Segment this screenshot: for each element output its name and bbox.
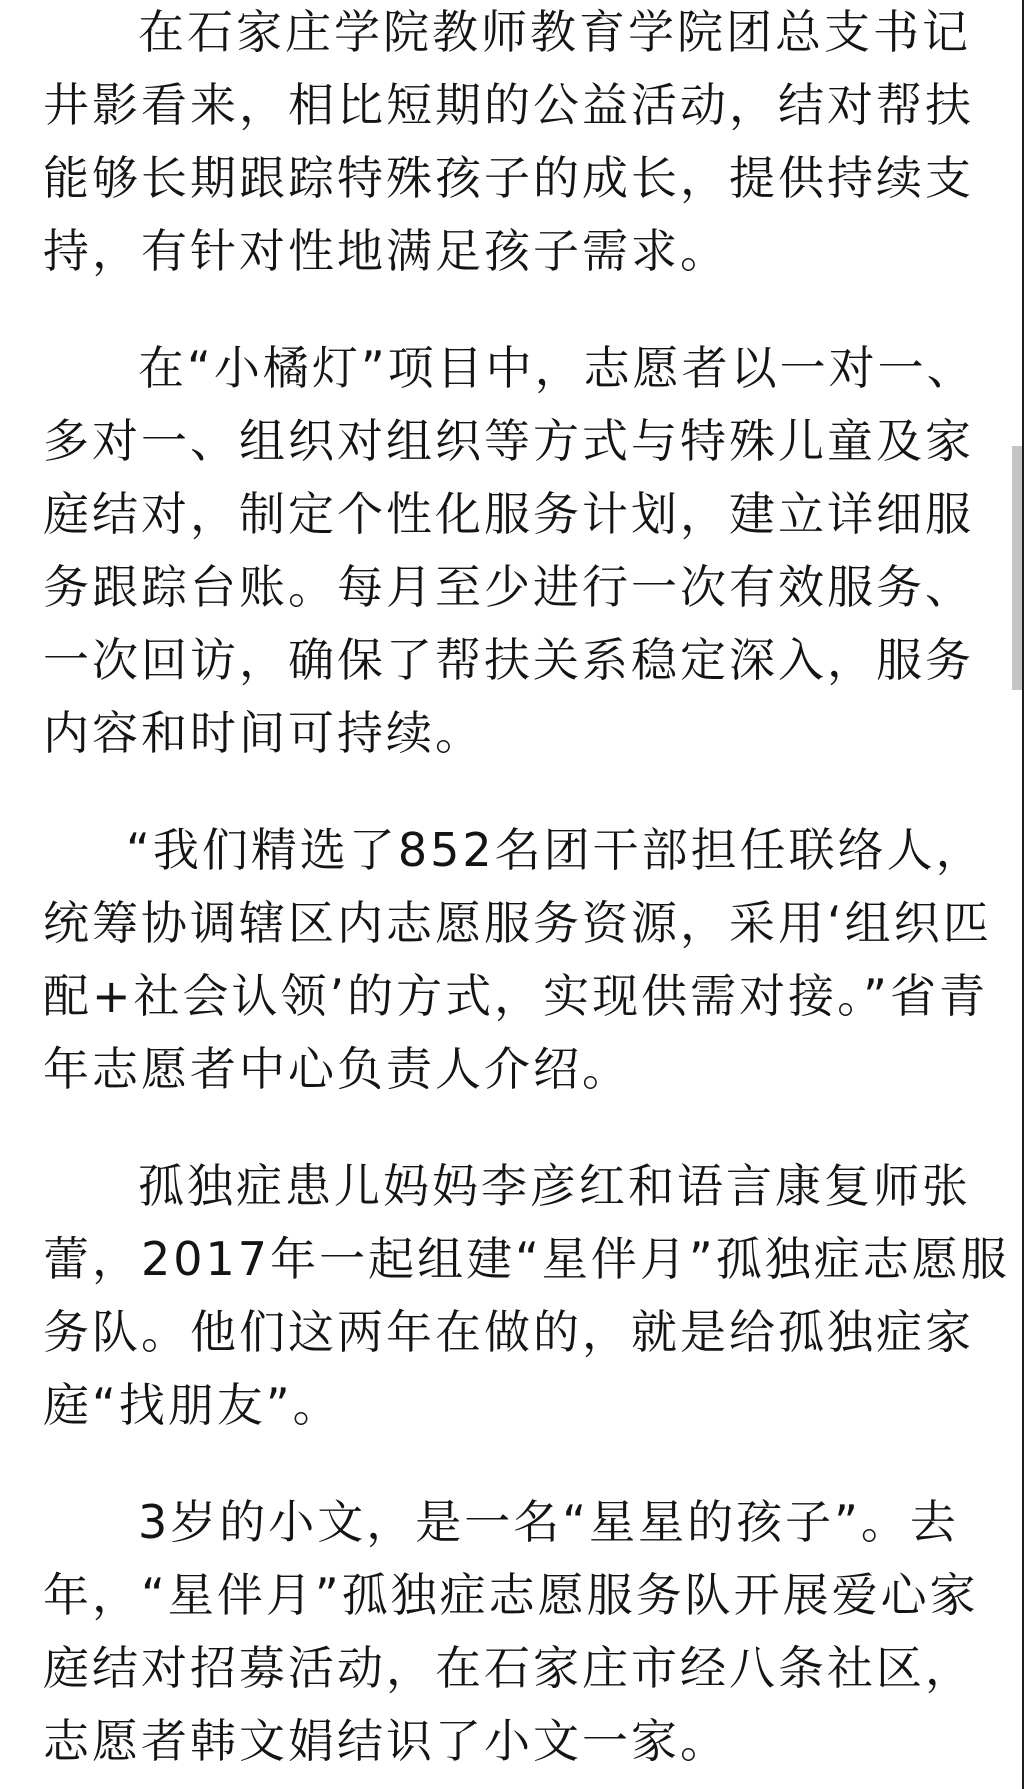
text-line: 庭“找朋友”。 <box>43 1375 342 1435</box>
text-line: 孤独症患儿妈妈李彦红和语言康复师张 <box>138 1156 971 1216</box>
text-line: 持，有针对性地满足孩子需求。 <box>43 221 729 281</box>
article-body: 在石家庄学院教师教育学院团总支书记 井影看来，相比短期的公益活动，结对帮扶 能够… <box>0 0 1010 1789</box>
vertical-scrollbar-track[interactable] <box>1010 0 1022 1789</box>
text-line: 在石家庄学院教师教育学院团总支书记 <box>138 2 971 62</box>
text-line: 能够长期跟踪特殊孩子的成长，提供持续支 <box>43 148 974 208</box>
text-line: 蕾，2017年一起组建“星伴月”孤独症志愿服 <box>43 1229 1010 1289</box>
text-line: “我们精选了852名团干部担任联络人， <box>126 820 985 880</box>
text-line: 统筹协调辖区内志愿服务资源，采用‘组织匹 <box>43 893 992 953</box>
text-line: 一次回访，确保了帮扶关系稳定深入，服务 <box>43 630 974 690</box>
text-line: 井影看来，相比短期的公益活动，结对帮扶 <box>43 75 974 135</box>
vertical-scrollbar-thumb[interactable] <box>1012 446 1022 690</box>
text-line: 务跟踪台账。每月至少进行一次有效服务、 <box>43 557 974 617</box>
text-line: 3岁的小文，是一名“星星的孩子”。去 <box>138 1492 959 1552</box>
text-line: 年，“星伴月”孤独症志愿服务队开展爱心家 <box>43 1565 979 1625</box>
text-line: 多对一、组织对组织等方式与特殊儿童及家 <box>43 411 974 471</box>
text-line: 配+社会认领’的方式，实现供需对接。”省青 <box>43 966 988 1026</box>
text-line: 志愿者韩文娟结识了小文一家。 <box>43 1711 729 1771</box>
text-line: 务队。他们这两年在做的，就是给孤独症家 <box>43 1302 974 1362</box>
text-line: 庭结对招募活动，在石家庄市经八条社区， <box>43 1638 974 1698</box>
text-line: 在“小橘灯”项目中，志愿者以一对一、 <box>138 338 976 398</box>
text-line: 庭结对，制定个性化服务计划，建立详细服 <box>43 484 974 544</box>
text-line: 内容和时间可持续。 <box>43 703 484 763</box>
text-line: 年志愿者中心负责人介绍。 <box>43 1039 631 1099</box>
